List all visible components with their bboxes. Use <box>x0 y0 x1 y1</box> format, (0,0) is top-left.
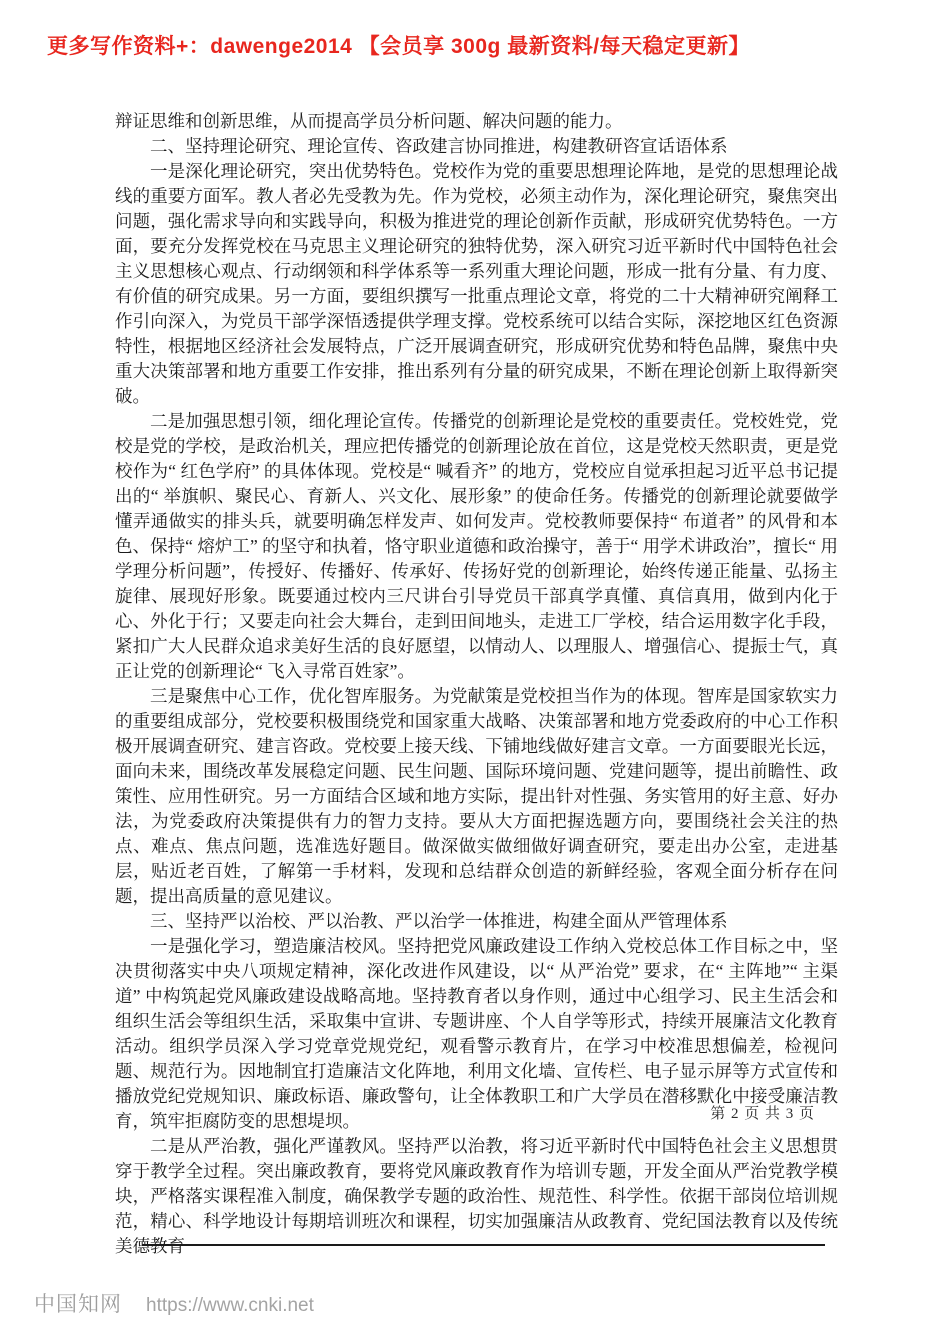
cnki-logo-text: 中国知网 <box>34 1288 122 1318</box>
paragraph-theory-research: 一是深化理论研究，突出优势特色。党校作为党的重要思想理论阵地，是党的思想理论战线… <box>115 159 838 409</box>
cnki-site-url-link[interactable]: https://www.cnki.net <box>146 1295 314 1317</box>
section-heading-2: 二、坚持理论研究、理论宣传、咨政建言协同推进，构建教研咨宣话语体系 <box>115 134 838 159</box>
promo-header-text: 更多写作资料+：dawenge2014 【会员享 300g 最新资料/每天稳定更… <box>47 30 907 60</box>
page-number-indicator: 第 2 页 共 3 页 <box>115 1102 815 1123</box>
paragraph-theory-propaganda: 二是加强思想引领，细化理论宣传。传播党的创新理论是党校的重要责任。党校姓党，党校… <box>115 409 838 684</box>
document-page-content: 辩证思维和创新思维，从而提高学员分析问题、解决问题的能力。 二、坚持理论研究、理… <box>115 109 838 1259</box>
section-heading-3: 三、坚持严以治校、严以治教、严以治学一体推进，构建全面从严管理体系 <box>115 909 838 934</box>
paragraph-continuation: 辩证思维和创新思维，从而提高学员分析问题、解决问题的能力。 <box>115 109 838 134</box>
paragraph-thinktank-service: 三是聚焦中心工作，优化智库服务。为党献策是党校担当作为的体现。智库是国家软实力的… <box>115 684 838 909</box>
paragraph-strict-teaching: 二是从严治教，强化严谨教风。坚持严以治教，将习近平新时代中国特色社会主义思想贯穿… <box>115 1134 838 1259</box>
cnki-watermark: 中国知网 https://www.cnki.net <box>34 1288 314 1318</box>
footer-divider-line <box>142 1244 825 1246</box>
